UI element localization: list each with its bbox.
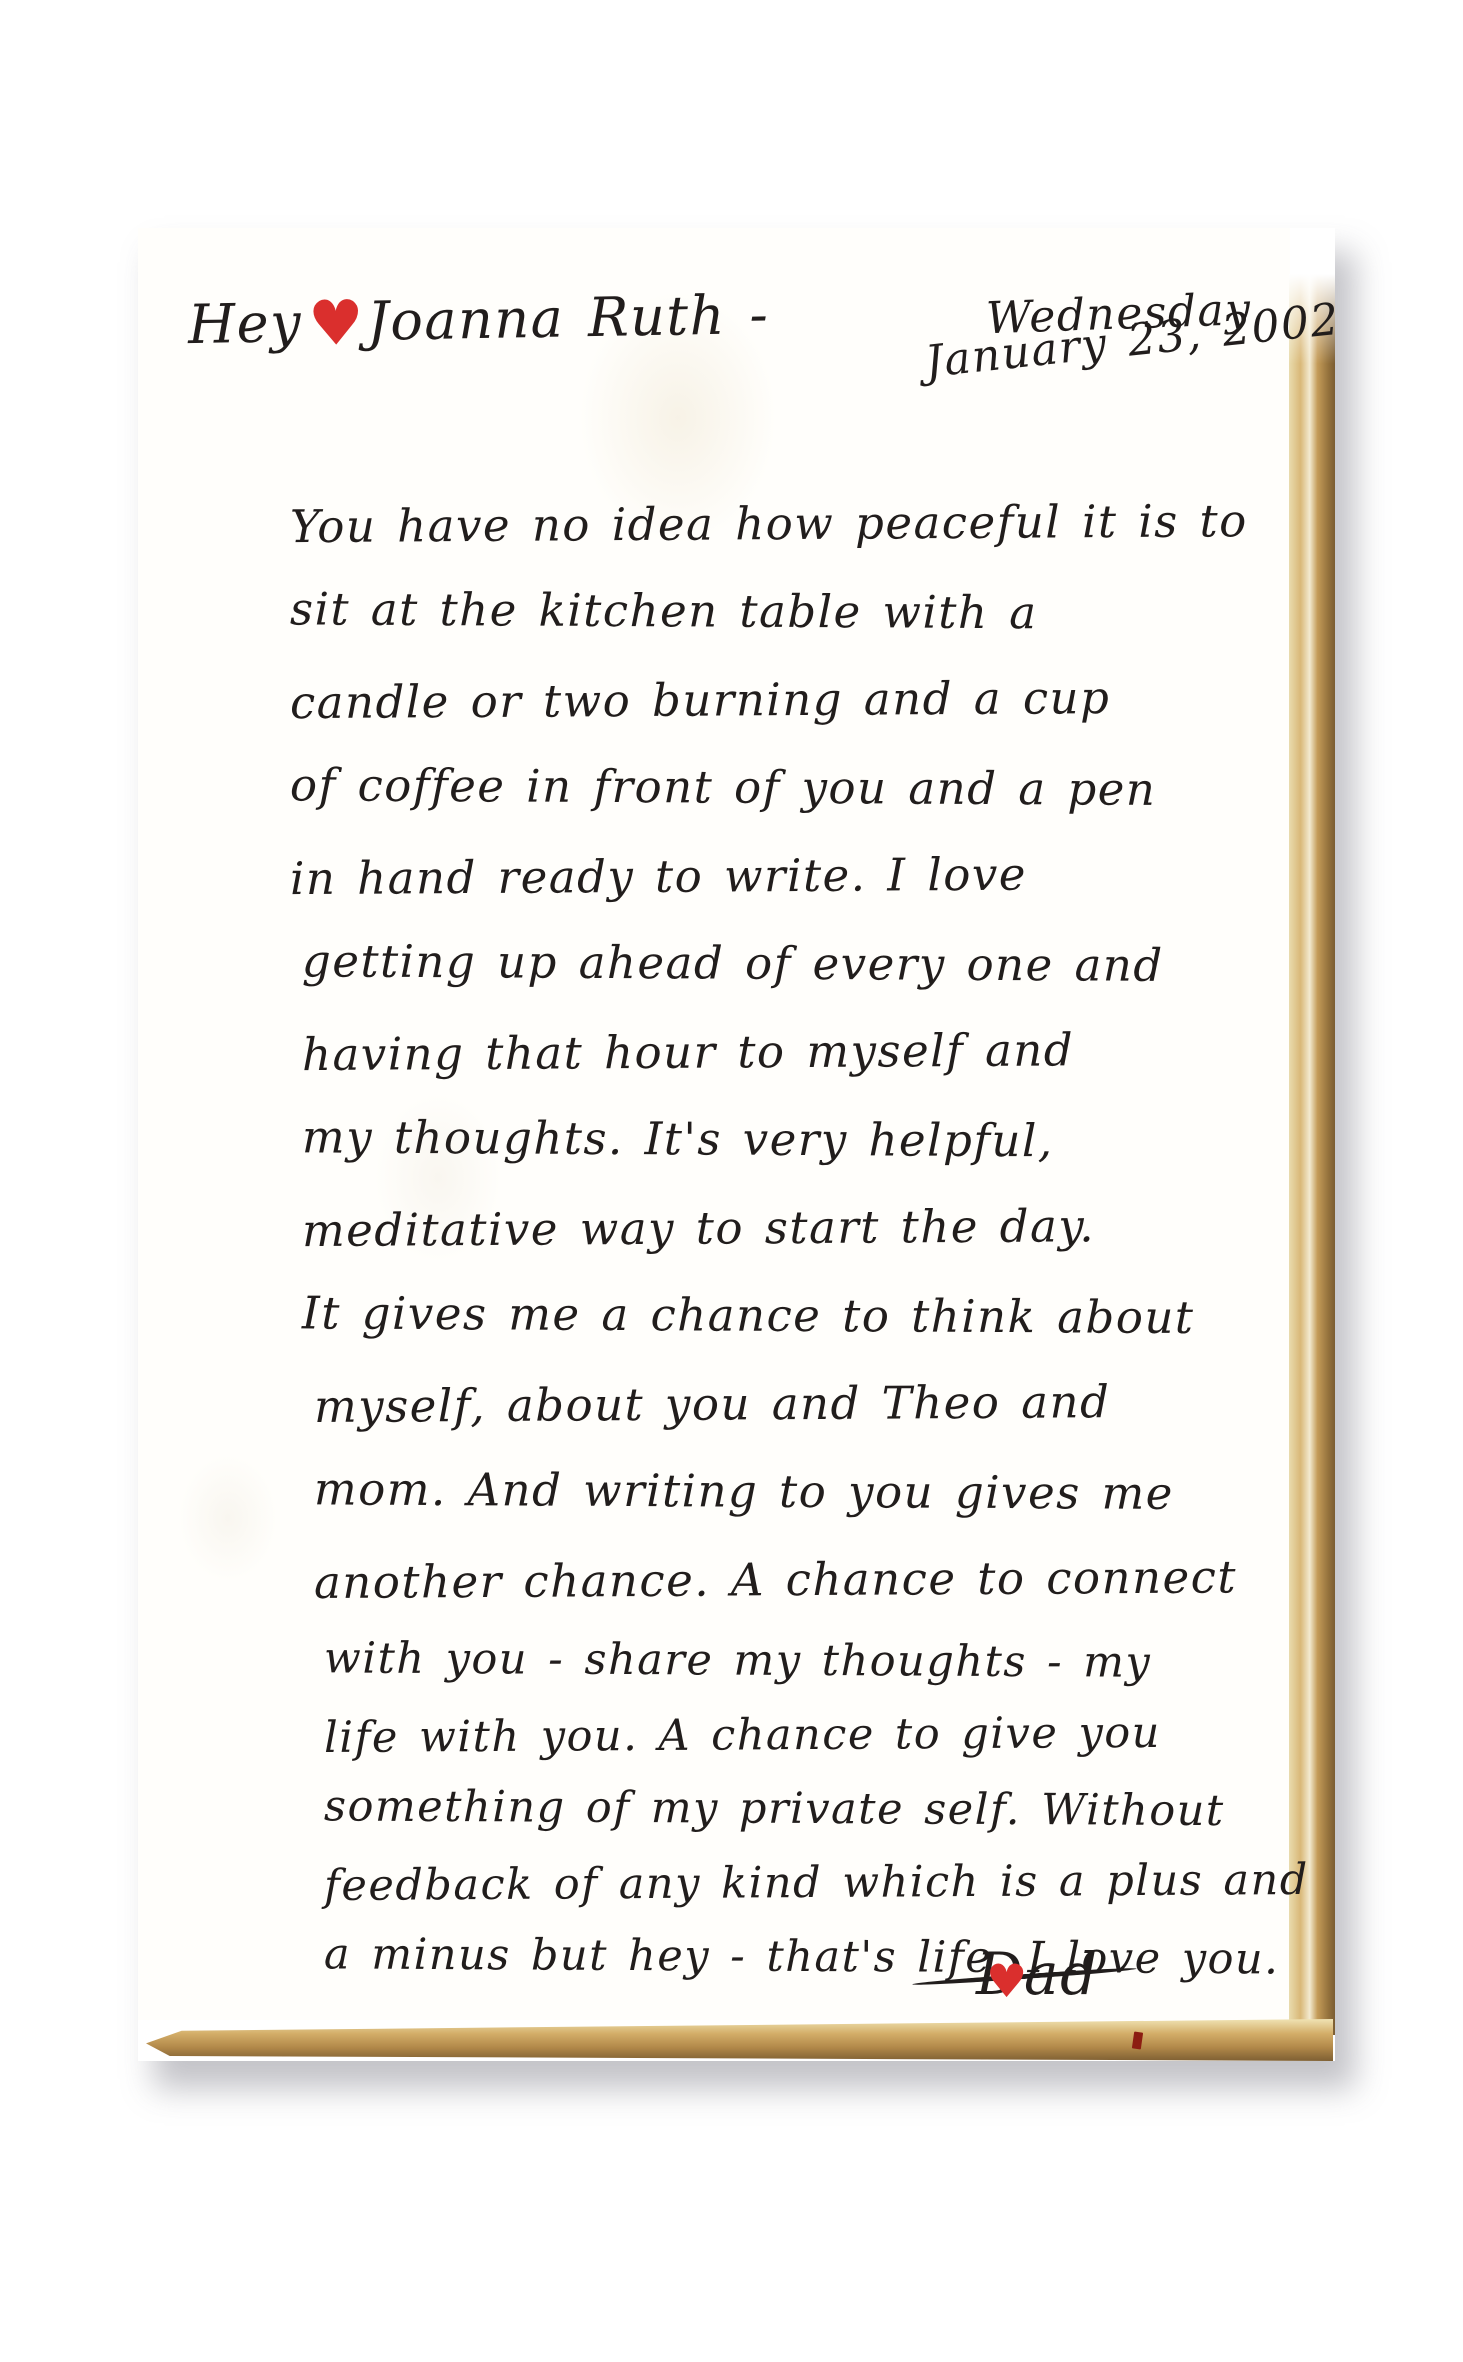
letter-line: with you - share my thoughts - my: [324, 1621, 1309, 1700]
letter-line: feedback of any kind which is a plus and: [324, 1843, 1309, 1923]
letter-line: of coffee in front of you and a pen: [290, 741, 1309, 834]
letter-line: meditative way to start the day.: [302, 1181, 1309, 1275]
letter-body: You have no idea how peaceful it is to s…: [290, 480, 1309, 1994]
letter-line: in hand ready to write. I love: [290, 829, 1309, 923]
notepad-stack: Hey♥Joanna Ruth - Wednesday January 23, …: [138, 228, 1335, 2061]
letter-line: mom. And writing to you gives me: [314, 1445, 1309, 1538]
page-stack-edge-bottom: [146, 2019, 1333, 2061]
letter-line: a minus but hey - that's life. I love yo…: [324, 1917, 1309, 1996]
letter-signature: ♥ Dad: [960, 1940, 1099, 2008]
letter-greeting: Hey♥Joanna Ruth -: [187, 279, 769, 362]
letter-line: candle or two burning and a cup: [290, 653, 1309, 747]
heart-icon: ♥: [986, 1954, 1029, 2008]
letter-line: something of my private self. Without: [324, 1769, 1309, 1848]
letter-line: sit at the kitchen table with a: [290, 565, 1309, 658]
heart-icon: ♥: [307, 286, 365, 360]
letter-line: You have no idea how peaceful it is to: [290, 477, 1309, 571]
letter-line: It gives me a chance to think about: [302, 1269, 1309, 1362]
greeting-name: Joanna Ruth -: [367, 283, 770, 353]
letter-line: another chance. A chance to connect: [314, 1533, 1309, 1627]
letter-line: getting up ahead of every one and: [302, 917, 1309, 1010]
letter-date: Wednesday January 23, 2002: [928, 288, 1345, 388]
scan-background: { "letter": { "greeting": { "word": "Hey…: [0, 0, 1463, 2362]
letter-line: having that hour to myself and: [302, 1005, 1309, 1099]
letter-line: life with you. A chance to give you: [324, 1695, 1309, 1775]
letter-line: my thoughts. It's very helpful,: [302, 1093, 1309, 1186]
greeting-word: Hey: [187, 291, 302, 356]
letter-line: myself, about you and Theo and: [314, 1357, 1309, 1451]
